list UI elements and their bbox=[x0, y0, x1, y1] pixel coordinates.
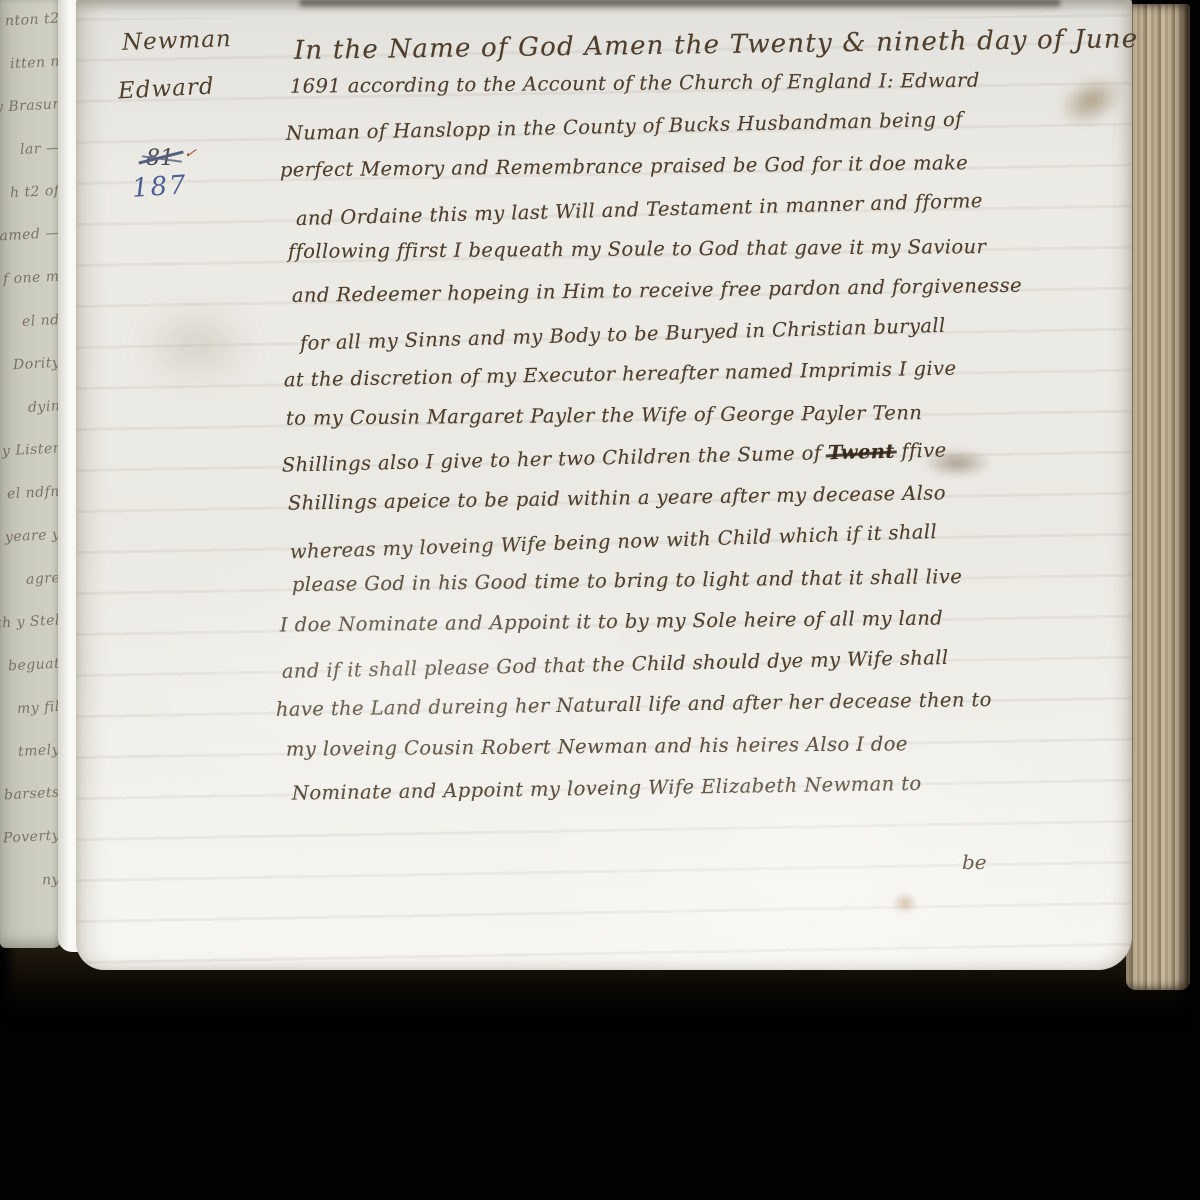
page-edge-text-fragment: lar — bbox=[19, 140, 60, 158]
will-page: Newman Edward 81 ✓ 187 In the Name of Go… bbox=[76, 0, 1132, 970]
page-edge-text-fragment: Poverty bbox=[2, 828, 60, 847]
previous-page-edge: nton t2itten ny Brasurlar —h t2 ofnamed … bbox=[0, 0, 62, 948]
manuscript-photo: nton t2itten ny Brasurlar —h t2 ofnamed … bbox=[0, 0, 1200, 1200]
page-edge-text-fragment: f one m bbox=[3, 269, 60, 288]
page-edge-text-fragment: nton t2 bbox=[5, 11, 60, 30]
page-edge-text-fragment: agre bbox=[25, 570, 60, 588]
line-text: ffollowing ffirst I bequeath my Soule to… bbox=[288, 235, 987, 263]
margin-forename: Edward bbox=[117, 73, 215, 104]
page-edge-text-fragment: el ndfn bbox=[7, 484, 61, 503]
line-text: In the Name of God Amen the Twenty & nin… bbox=[294, 24, 1139, 66]
page-edge-text-fragment: beguat bbox=[7, 656, 60, 675]
will-text-block: In the Name of God Amen the Twenty & nin… bbox=[286, 30, 1134, 816]
struck-word: Twent bbox=[828, 440, 895, 465]
line-text: I doe Nominate and Appoint it to by my S… bbox=[280, 607, 943, 637]
page-edge-text-fragment: th y Stel bbox=[0, 612, 60, 631]
page-edge-text-fragment: y Lister bbox=[2, 440, 61, 459]
page-edge-text-fragment: y Brasur bbox=[0, 96, 60, 115]
page-stain bbox=[892, 892, 918, 914]
catchword: be bbox=[962, 850, 987, 874]
page-edge-text-fragment: my fil bbox=[17, 699, 61, 717]
margin-old-folio-number: 81 bbox=[146, 146, 174, 171]
top-shadow bbox=[300, 0, 1060, 10]
page-edge-text-fragment: dyin bbox=[27, 398, 60, 416]
line-text: to my Cousin Margaret Payler the Wife of… bbox=[286, 401, 923, 430]
line-text: my loveing Cousin Robert Newman and his … bbox=[286, 732, 908, 760]
line-text: ffive bbox=[894, 438, 946, 462]
line-text: 1691 according to the Account of the Chu… bbox=[290, 69, 980, 98]
page-edge-text-fragment: itten n bbox=[10, 54, 61, 73]
margin-surname: Newman bbox=[122, 26, 233, 56]
page-edge-text-fragment: el nd bbox=[22, 312, 60, 330]
margin-folio-number: 187 bbox=[131, 170, 189, 204]
page-edge-text-fragment: named — bbox=[0, 225, 60, 245]
page-edge-text-fragment: h t2 of bbox=[10, 183, 60, 202]
page-edge-text-fragment: barsets bbox=[4, 785, 61, 804]
page-discoloration bbox=[136, 300, 256, 390]
page-edge-text-fragment: yeare y bbox=[4, 527, 60, 546]
margin-check-mark: ✓ bbox=[183, 143, 198, 163]
page-edge-text-fragment: tmely bbox=[18, 742, 61, 760]
page-edge-text-fragment: Dority bbox=[12, 355, 60, 373]
